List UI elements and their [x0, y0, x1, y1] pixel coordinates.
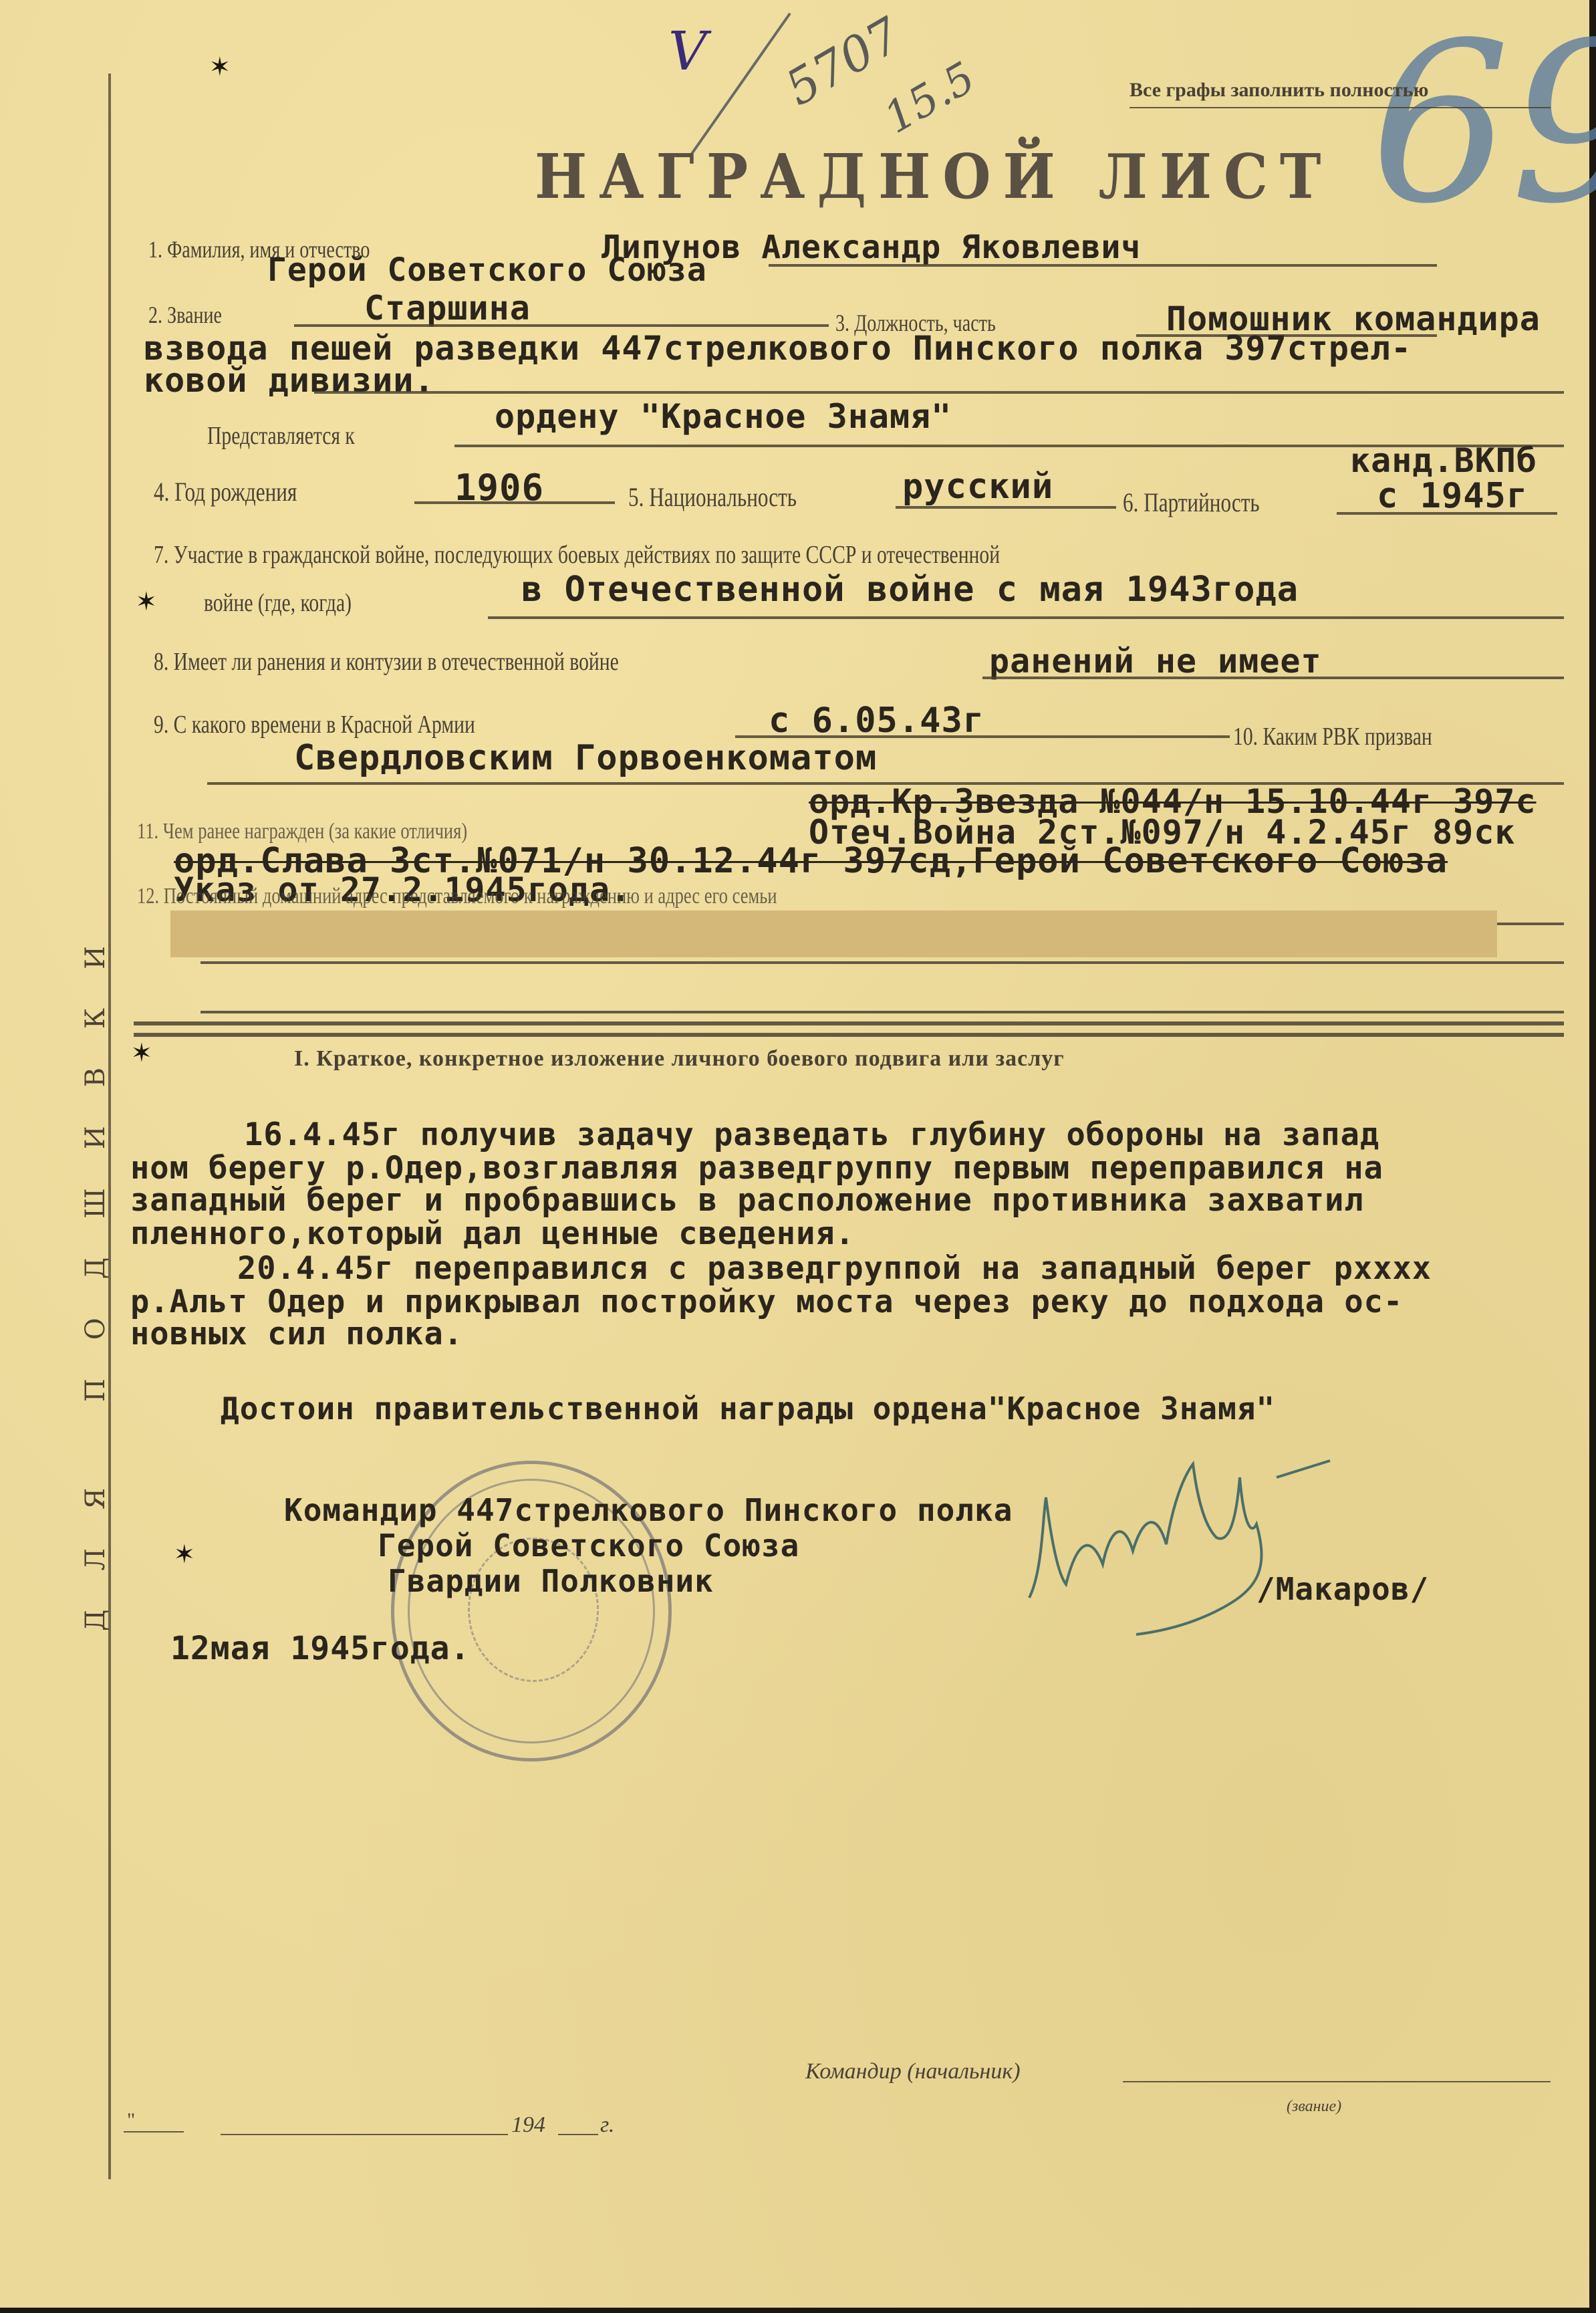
field-10-value: Свердловским Горвоенкоматом [294, 738, 877, 778]
blue-pencil-number: 69 [1370, 13, 1596, 234]
footer-year-suffix: г. [600, 2112, 614, 2138]
field-5-value: русский [902, 467, 1053, 507]
narrative-line: новных сил полка. [130, 1317, 463, 1352]
signer-name: /Макаров/ [1256, 1571, 1429, 1607]
narrative-line: западный берег и пробравшись в расположе… [130, 1183, 1364, 1218]
field-3-value-line3: ковой дивизии. [144, 361, 434, 400]
document-title: НАГРАДНОЙ ЛИСТ [535, 140, 1333, 213]
narrative-line: 16.4.45г получив задачу разведать глубин… [244, 1118, 1379, 1152]
punch-hole-icon: ✶ [132, 1033, 151, 1069]
field-9-label: 9. С какого времени в Красной Армии [154, 710, 475, 739]
narrative-line: пленного,который дал ценные сведения. [130, 1217, 855, 1251]
header-note: Все графы заполнить полностью [1129, 79, 1428, 102]
field-9-value: с 6.05.43г [769, 701, 984, 741]
margin-label: ДЛЯ ПОДШИВКИ [80, 907, 111, 1631]
field-7-value: в Отечественной войне с мая 1943года [521, 570, 1299, 610]
field-6-value-line1: канд.ВКПб [1350, 441, 1537, 480]
handwritten-signature [1016, 1437, 1390, 1638]
punch-hole-icon: ✶ [137, 582, 156, 618]
punch-hole-icon: ✶ [175, 1534, 194, 1570]
rank-caption: (звание) [1287, 2098, 1341, 2116]
field-7-label-line2: войне (где, когда) [204, 588, 352, 618]
narrative-line: 20.4.45г переправился с разведгруппой на… [237, 1251, 1432, 1286]
award-recommendation: Достоин правительственной награды ордена… [221, 1390, 1275, 1427]
signer-title: Герой Советского Союза [378, 1528, 799, 1564]
field-10-label: 10. Каким РВК призван [1233, 722, 1432, 751]
footer-date-quote: " [127, 2109, 135, 2132]
field-5-label: 5. Национальность [628, 481, 797, 513]
field-6-label: 6. Партийность [1123, 487, 1260, 518]
narrative-line: ном берегу р.Одер,возглавляя разведгрупп… [130, 1151, 1383, 1186]
narrative-line: р.Альт Одер и прикрывал постройку моста … [130, 1285, 1403, 1320]
field-12-label: 12. Постоянный домашний адрес представля… [137, 884, 777, 909]
registry-sub-number: 15.5 [876, 53, 983, 143]
footer-year-prefix: 194 [511, 2112, 545, 2138]
signer-position: Командир 447стрелкового Пинского полка [284, 1492, 1013, 1528]
field-1-title: Герой Советского Союза [267, 251, 707, 289]
field-8-label: 8. Имеет ли ранения и контузии в отечест… [154, 647, 619, 677]
check-mark: V [668, 20, 707, 82]
field-2-value: Старшина [364, 289, 531, 328]
nominated-label: Представляется к [207, 421, 355, 451]
scan-edge-bottom [0, 2308, 1596, 2313]
field-4-label: 4. Год рождения [154, 476, 297, 507]
scan-edge-right [1589, 0, 1596, 2313]
field-6-value-line2: с 1945г [1377, 476, 1528, 516]
field-7-label-line1: 7. Участие в гражданской войне, последую… [154, 540, 1000, 570]
section-1-heading: I. Краткое, конкретное изложение личного… [294, 1046, 1065, 1072]
field-8-value: ранений не имеет [989, 642, 1322, 681]
redacted-address [170, 910, 1497, 957]
nominated-value: ордену "Красное Знамя" [495, 397, 952, 436]
commander-label: Командир (начальник) [805, 2059, 1021, 2084]
punch-hole-icon: ✶ [211, 47, 229, 83]
field-2-label: 2. Звание [148, 301, 222, 329]
signer-rank: Гвардии Полковник [388, 1563, 714, 1599]
signature-date: 12мая 1945года. [170, 1630, 470, 1667]
